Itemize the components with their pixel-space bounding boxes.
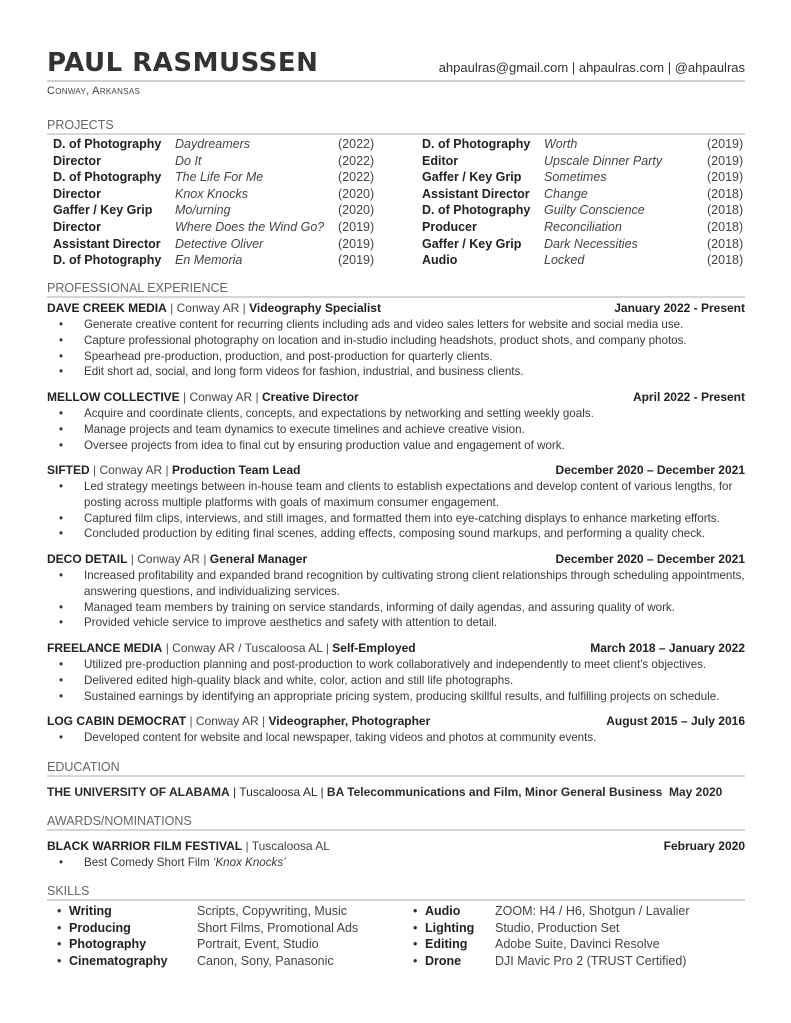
project-row: D. of PhotographyDaydreamers(2022) — [53, 136, 378, 153]
job-entry: MELLOW COLLECTIVE | Conway AR | Creative… — [47, 389, 745, 453]
job-title: Production Team Lead — [172, 463, 300, 477]
project-year: (2019) — [707, 153, 747, 170]
education-entry: THE UNIVERSITY OF ALABAMA | Tuscaloosa A… — [47, 785, 722, 799]
bullet-icon: • — [413, 920, 425, 937]
project-row: DirectorDo It(2022) — [53, 153, 378, 170]
project-year: (2022) — [338, 153, 378, 170]
bullet-item: Led strategy meetings between in-house t… — [47, 479, 745, 511]
job-bullets: Generate creative content for recurring … — [47, 317, 745, 380]
job-header: MELLOW COLLECTIVE | Conway AR | Creative… — [47, 389, 745, 406]
separator: | — [320, 785, 323, 799]
job-title-line: FREELANCE MEDIA | Conway AR / Tuscaloosa… — [47, 640, 416, 657]
project-title: Reconciliation — [544, 219, 707, 236]
project-role: Assistant Director — [53, 236, 175, 253]
project-year: (2018) — [707, 236, 747, 253]
bullet-item: Generate creative content for recurring … — [47, 317, 745, 333]
project-year: (2019) — [338, 236, 378, 253]
skill-name: Drone — [425, 953, 495, 970]
bullet-icon: • — [413, 936, 425, 953]
award-item: Best Comedy Short Film ‘Knox Knocks’ — [47, 855, 745, 871]
award-date: February 2020 — [664, 838, 745, 855]
project-year: (2018) — [707, 252, 747, 269]
project-row: D. of PhotographyEn Memoria(2019) — [53, 252, 378, 269]
bullet-icon: • — [413, 953, 425, 970]
job-title-line: DECO DETAIL | Conway AR | General Manage… — [47, 551, 307, 568]
job-bullets: Acquire and coordinate clients, concepts… — [47, 406, 745, 453]
separator: | — [243, 301, 246, 315]
separator: | — [256, 390, 259, 404]
skill-name: Writing — [69, 903, 197, 920]
project-row: D. of PhotographyWorth(2019) — [422, 136, 747, 153]
award-film: ‘Knox Knocks’ — [213, 856, 286, 869]
job-location: Conway AR — [177, 301, 240, 315]
school-location: Tuscaloosa AL — [239, 785, 317, 799]
project-year: (2019) — [338, 252, 378, 269]
job-bullets: Utilized pre-production planning and pos… — [47, 657, 745, 704]
bullet-item: Acquire and coordinate clients, concepts… — [47, 406, 745, 422]
project-title: Worth — [544, 136, 707, 153]
separator: | — [93, 463, 96, 477]
separator: | — [166, 463, 169, 477]
section-heading-awards: AWARDS/NOMINATIONS — [47, 814, 745, 831]
project-year: (2020) — [338, 202, 378, 219]
job-title-line: SIFTED | Conway AR | Production Team Lea… — [47, 462, 300, 479]
skill-row: •EditingAdobe Suite, Davinci Resolve — [413, 936, 690, 953]
project-title: Mo/urning — [175, 202, 338, 219]
company-name: FREELANCE MEDIA — [47, 641, 162, 655]
separator: | — [326, 641, 329, 655]
bullet-item: Managed team members by training on serv… — [47, 600, 745, 616]
bullet-item: Provided vehicle service to improve aest… — [47, 615, 745, 631]
project-role: Assistant Director — [422, 186, 544, 203]
job-title: General Manager — [210, 552, 307, 566]
skill-value: Adobe Suite, Davinci Resolve — [495, 936, 660, 953]
project-row: DirectorKnox Knocks(2020) — [53, 186, 378, 203]
skill-row: •ProducingShort Films, Promotional Ads — [57, 920, 358, 937]
project-row: Gaffer / Key GripDark Necessities(2018) — [422, 236, 747, 253]
skill-name: Photography — [69, 936, 197, 953]
project-year: (2022) — [338, 169, 378, 186]
job-location: Conway AR — [99, 463, 162, 477]
project-year: (2019) — [338, 219, 378, 236]
skill-name: Producing — [69, 920, 197, 937]
bullet-item: Spearhead pre-production, production, an… — [47, 349, 745, 365]
project-role: D. of Photography — [53, 136, 175, 153]
job-location: Conway AR / Tuscaloosa AL — [172, 641, 322, 655]
job-dates: December 2020 – December 2021 — [556, 551, 745, 568]
job-header: LOG CABIN DEMOCRAT | Conway AR | Videogr… — [47, 713, 745, 730]
project-title: Guilty Conscience — [544, 202, 707, 219]
project-role: Director — [53, 219, 175, 236]
project-year: (2019) — [707, 136, 747, 153]
project-year: (2018) — [707, 219, 747, 236]
project-title: Upscale Dinner Party — [544, 153, 707, 170]
project-title: Knox Knocks — [175, 186, 338, 203]
bullet-item: Captured film clips, interviews, and sti… — [47, 511, 745, 527]
project-row: D. of PhotographyGuilty Conscience(2018) — [422, 202, 747, 219]
project-row: D. of PhotographyThe Life For Me(2022) — [53, 169, 378, 186]
skill-value: Studio, Production Set — [495, 920, 619, 937]
job-entry: DAVE CREEK MEDIA | Conway AR | Videograp… — [47, 300, 745, 380]
project-title: Daydreamers — [175, 136, 338, 153]
separator: | — [203, 552, 206, 566]
job-title-line: LOG CABIN DEMOCRAT | Conway AR | Videogr… — [47, 713, 430, 730]
job-bullets: Developed content for website and local … — [47, 730, 745, 746]
project-row: Assistant DirectorChange(2018) — [422, 186, 747, 203]
section-heading-education: EDUCATION — [47, 760, 745, 777]
bullet-item: Developed content for website and local … — [47, 730, 745, 746]
skill-row: •DroneDJI Mavic Pro 2 (TRUST Certified) — [413, 953, 690, 970]
project-role: D. of Photography — [53, 169, 175, 186]
project-role: Editor — [422, 153, 544, 170]
project-role: Gaffer / Key Grip — [422, 169, 544, 186]
skill-value: Scripts, Copywriting, Music — [197, 903, 347, 920]
project-title: Dark Necessities — [544, 236, 707, 253]
skill-row: •CinematographyCanon, Sony, Panasonic — [57, 953, 358, 970]
job-dates: January 2022 - Present — [614, 300, 745, 317]
job-dates: March 2018 – January 2022 — [590, 640, 745, 657]
skill-value: Canon, Sony, Panasonic — [197, 953, 334, 970]
project-title: Change — [544, 186, 707, 203]
bullet-icon: • — [413, 903, 425, 920]
project-role: Director — [53, 186, 175, 203]
job-title: Self-Employed — [332, 641, 415, 655]
project-title: Where Does the Wind Go? — [175, 219, 338, 236]
project-year: (2018) — [707, 186, 747, 203]
award-location: Tuscaloosa AL — [252, 839, 330, 853]
skill-name: Cinematography — [69, 953, 197, 970]
project-row: Assistant DirectorDetective Oliver(2019) — [53, 236, 378, 253]
project-row: ProducerReconciliation(2018) — [422, 219, 747, 236]
project-role: D. of Photography — [422, 202, 544, 219]
degree: BA Telecommunications and Film, Minor Ge… — [327, 785, 662, 799]
job-title: Videographer, Photographer — [268, 714, 430, 728]
separator: | — [183, 390, 186, 404]
bullet-item: Manage projects and team dynamics to exe… — [47, 422, 745, 438]
job-title-line: DAVE CREEK MEDIA | Conway AR | Videograp… — [47, 300, 381, 317]
bullet-item: Edit short ad, social, and long form vid… — [47, 364, 745, 380]
job-bullets: Led strategy meetings between in-house t… — [47, 479, 745, 542]
skills-right-column: •AudioZOOM: H4 / H6, Shotgun / Lavalier•… — [413, 903, 690, 969]
project-title: The Life For Me — [175, 169, 338, 186]
skill-value: ZOOM: H4 / H6, Shotgun / Lavalier — [495, 903, 690, 920]
separator: | — [245, 839, 248, 853]
projects-left-column: D. of PhotographyDaydreamers(2022)Direct… — [53, 136, 378, 269]
job-entry: FREELANCE MEDIA | Conway AR / Tuscaloosa… — [47, 640, 745, 704]
job-title: Videography Specialist — [249, 301, 381, 315]
project-role: D. of Photography — [422, 136, 544, 153]
skill-value: Portrait, Event, Studio — [197, 936, 319, 953]
award-label: Best Comedy Short Film — [84, 856, 210, 869]
header-divider — [47, 80, 745, 82]
separator: | — [233, 785, 236, 799]
separator: | — [189, 714, 192, 728]
bullet-item: Sustained earnings by identifying an app… — [47, 689, 745, 705]
project-title: Detective Oliver — [175, 236, 338, 253]
project-year: (2018) — [707, 202, 747, 219]
skill-value: Short Films, Promotional Ads — [197, 920, 358, 937]
skill-name: Lighting — [425, 920, 495, 937]
separator: | — [262, 714, 265, 728]
job-header: SIFTED | Conway AR | Production Team Lea… — [47, 462, 745, 479]
project-year: (2019) — [707, 169, 747, 186]
skills-left-column: •WritingScripts, Copywriting, Music•Prod… — [57, 903, 358, 969]
company-name: LOG CABIN DEMOCRAT — [47, 714, 186, 728]
graduation-date: May 2020 — [669, 785, 722, 799]
award-entry: BLACK WARRIOR FILM FESTIVAL | Tuscaloosa… — [47, 838, 745, 871]
job-entry: SIFTED | Conway AR | Production Team Lea… — [47, 462, 745, 542]
bullet-icon: • — [57, 936, 69, 953]
project-row: DirectorWhere Does the Wind Go?(2019) — [53, 219, 378, 236]
projects-right-column: D. of PhotographyWorth(2019)EditorUpscal… — [422, 136, 747, 269]
company-name: DECO DETAIL — [47, 552, 127, 566]
project-row: EditorUpscale Dinner Party(2019) — [422, 153, 747, 170]
skill-name: Editing — [425, 936, 495, 953]
job-header: DAVE CREEK MEDIA | Conway AR | Videograp… — [47, 300, 745, 317]
bullet-item: Increased profitability and expanded bra… — [47, 568, 745, 600]
skill-row: •WritingScripts, Copywriting, Music — [57, 903, 358, 920]
project-role: Director — [53, 153, 175, 170]
bullet-item: Utilized pre-production planning and pos… — [47, 657, 745, 673]
section-heading-skills: SKILLS — [47, 884, 745, 901]
separator: | — [170, 301, 173, 315]
project-role: Producer — [422, 219, 544, 236]
skill-row: •AudioZOOM: H4 / H6, Shotgun / Lavalier — [413, 903, 690, 920]
bullet-icon: • — [57, 953, 69, 970]
job-location: Conway AR — [189, 390, 252, 404]
project-role: Gaffer / Key Grip — [422, 236, 544, 253]
company-name: SIFTED — [47, 463, 90, 477]
project-year: (2020) — [338, 186, 378, 203]
project-row: Gaffer / Key GripMo/urning(2020) — [53, 202, 378, 219]
skill-value: DJI Mavic Pro 2 (TRUST Certified) — [495, 953, 686, 970]
skill-name: Audio — [425, 903, 495, 920]
separator: | — [131, 552, 134, 566]
project-role: Gaffer / Key Grip — [53, 202, 175, 219]
bullet-item: Capture professional photography on loca… — [47, 333, 745, 349]
bullet-icon: • — [57, 903, 69, 920]
skill-row: •PhotographyPortrait, Event, Studio — [57, 936, 358, 953]
person-name: PAUL RASMUSSEN — [47, 48, 318, 78]
job-title-line: MELLOW COLLECTIVE | Conway AR | Creative… — [47, 389, 359, 406]
separator: | — [166, 641, 169, 655]
bullet-item: Delivered edited high-quality black and … — [47, 673, 745, 689]
job-title: Creative Director — [262, 390, 359, 404]
job-header: DECO DETAIL | Conway AR | General Manage… — [47, 551, 745, 568]
bullet-item: Concluded production by editing final sc… — [47, 526, 745, 542]
award-org: BLACK WARRIOR FILM FESTIVAL — [47, 839, 242, 853]
job-dates: August 2015 – July 2016 — [606, 713, 745, 730]
job-location: Conway AR — [196, 714, 259, 728]
job-location: Conway AR — [137, 552, 200, 566]
project-title: Sometimes — [544, 169, 707, 186]
contact-info: ahpaulras@gmail.com | ahpaulras.com | @a… — [439, 60, 745, 75]
company-name: DAVE CREEK MEDIA — [47, 301, 167, 315]
section-heading-projects: PROJECTS — [47, 118, 745, 135]
company-name: MELLOW COLLECTIVE — [47, 390, 180, 404]
job-dates: April 2022 - Present — [633, 389, 745, 406]
bullet-item: Oversee projects from idea to final cut … — [47, 438, 745, 454]
section-heading-experience: PROFESSIONAL EXPERIENCE — [47, 281, 745, 298]
bullet-icon: • — [57, 920, 69, 937]
project-role: D. of Photography — [53, 252, 175, 269]
job-entry: DECO DETAIL | Conway AR | General Manage… — [47, 551, 745, 631]
project-title: Do It — [175, 153, 338, 170]
project-row: Gaffer / Key GripSometimes(2019) — [422, 169, 747, 186]
job-bullets: Increased profitability and expanded bra… — [47, 568, 745, 631]
project-year: (2022) — [338, 136, 378, 153]
school-name: THE UNIVERSITY OF ALABAMA — [47, 785, 230, 799]
project-title: Locked — [544, 252, 707, 269]
project-title: En Memoria — [175, 252, 338, 269]
project-role: Audio — [422, 252, 544, 269]
project-row: AudioLocked(2018) — [422, 252, 747, 269]
job-entry: LOG CABIN DEMOCRAT | Conway AR | Videogr… — [47, 713, 745, 746]
job-header: FREELANCE MEDIA | Conway AR / Tuscaloosa… — [47, 640, 745, 657]
person-location: Conway, Arkansas — [47, 85, 140, 97]
job-dates: December 2020 – December 2021 — [556, 462, 745, 479]
skill-row: •LightingStudio, Production Set — [413, 920, 690, 937]
